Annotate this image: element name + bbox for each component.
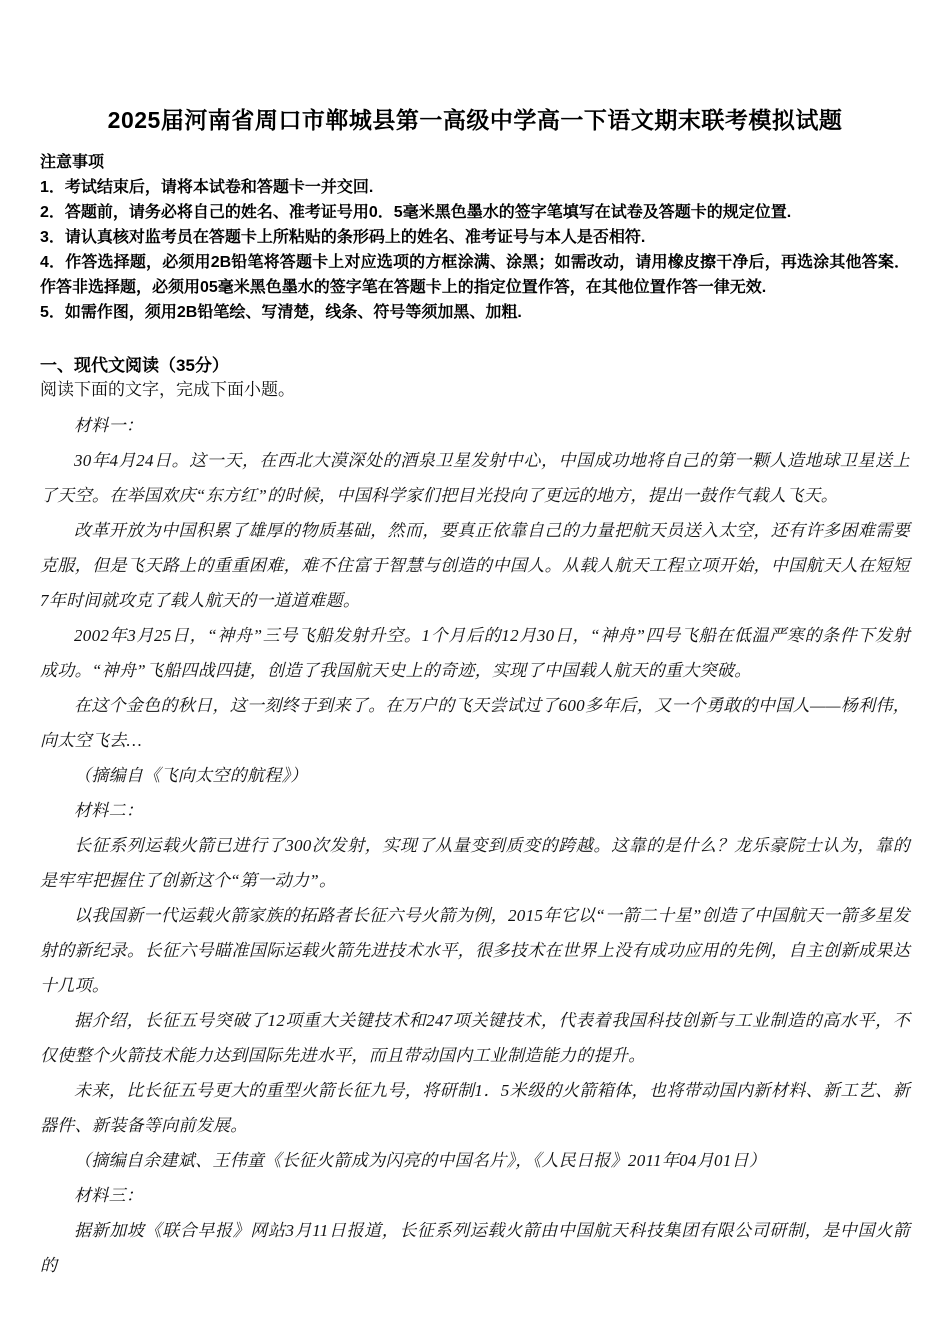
notice-section: 注意事项 1．考试结束后，请将本试卷和答题卡一并交回. 2．答题前，请务必将自己… <box>40 150 910 325</box>
notice-item-4: 4．作答选择题，必须用2B铅笔将答题卡上对应选项的方框涂满、涂黑；如需改动，请用… <box>40 250 910 300</box>
notice-item-3: 3．请认真核对监考员在答题卡上所粘贴的条形码上的姓名、准考证号与本人是否相符. <box>40 225 910 250</box>
passage-paragraph: 在这个金色的秋日，这一刻终于到来了。在万户的飞天尝试过了600多年后，又一个勇敢… <box>40 688 910 758</box>
reading-intro: 阅读下面的文字，完成下面小题。 <box>40 378 910 402</box>
passage-paragraph: 30年4月24日。这一天，在西北大漠深处的酒泉卫星发射中心，中国成功地将自己的第… <box>40 443 910 513</box>
section-heading-modern-reading: 一、现代文阅读（35分） <box>40 354 910 378</box>
notice-item-1: 1．考试结束后，请将本试卷和答题卡一并交回. <box>40 175 910 200</box>
exam-paper-page: 2025届河南省周口市郸城县第一高级中学高一下语文期末联考模拟试题 注意事项 1… <box>0 0 950 1344</box>
notice-item-5: 5．如需作图，须用2B铅笔绘、写清楚，线条、符号等须加黑、加粗. <box>40 300 910 325</box>
page-title: 2025届河南省周口市郸城县第一高级中学高一下语文期末联考模拟试题 <box>40 104 910 136</box>
passage-paragraph: 2002年3月25日，“神舟”三号飞船发射升空。1个月后的12月30日，“神舟”… <box>40 618 910 688</box>
material-2-label: 材料二： <box>40 793 910 828</box>
material-1-label: 材料一： <box>40 408 910 443</box>
notice-list: 1．考试结束后，请将本试卷和答题卡一并交回. 2．答题前，请务必将自己的姓名、准… <box>40 175 910 325</box>
citation-material-1: （摘编自《飞向太空的航程》） <box>40 758 910 793</box>
citation-material-2: （摘编自余建斌、王伟童《长征火箭成为闪亮的中国名片》，《人民日报》2011年04… <box>40 1143 910 1178</box>
passage-paragraph: 据新加坡《联合早报》网站3月11日报道，长征系列运载火箭由中国航天科技集团有限公… <box>40 1213 910 1283</box>
reading-passage: 材料一： 30年4月24日。这一天，在西北大漠深处的酒泉卫星发射中心，中国成功地… <box>40 408 910 1283</box>
passage-paragraph: 改革开放为中国积累了雄厚的物质基础，然而，要真正依靠自己的力量把航天员送入太空，… <box>40 513 910 618</box>
notice-item-2: 2．答题前，请务必将自己的姓名、准考证号用0．5毫米黑色墨水的签字笔填写在试卷及… <box>40 200 910 225</box>
passage-paragraph: 长征系列运载火箭已进行了300次发射，实现了从量变到质变的跨越。这靠的是什么？龙… <box>40 828 910 898</box>
passage-paragraph: 未来，比长征五号更大的重型火箭长征九号，将研制1．5米级的火箭箱体，也将带动国内… <box>40 1073 910 1143</box>
passage-paragraph: 据介绍，长征五号突破了12项重大关键技术和247项关键技术，代表着我国科技创新与… <box>40 1003 910 1073</box>
notice-heading: 注意事项 <box>40 150 910 175</box>
passage-paragraph: 以我国新一代运载火箭家族的拓路者长征六号火箭为例，2015年它以“一箭二十星”创… <box>40 898 910 1003</box>
material-3-label: 材料三： <box>40 1178 910 1213</box>
